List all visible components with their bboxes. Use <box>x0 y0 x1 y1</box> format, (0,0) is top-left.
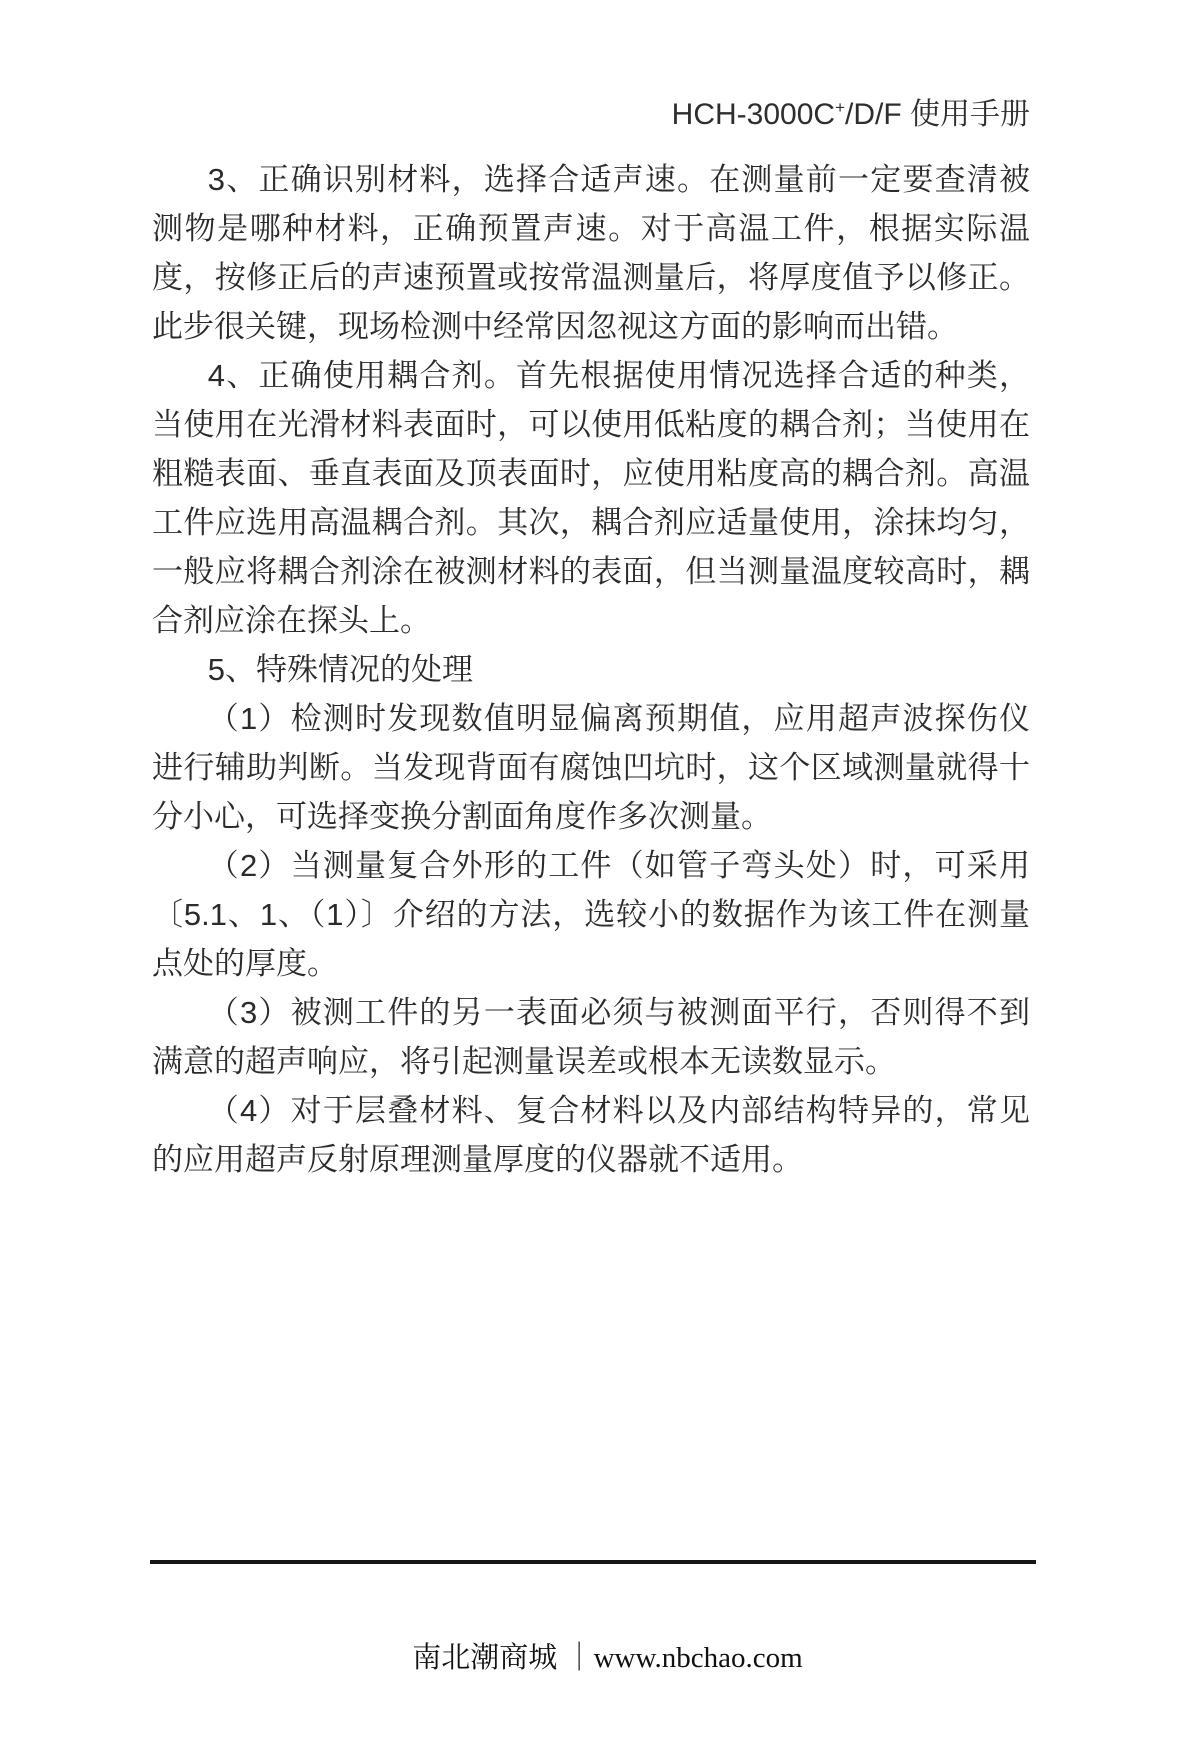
manual-page: HCH-3000C+/D/F 使用手册 3、正确识别材料，选择合适声速。在测量前… <box>0 0 1200 1739</box>
page-footer: 南北潮商城 ｜www.nbchao.com <box>150 1592 1036 1724</box>
page-header: HCH-3000C+/D/F 使用手册 <box>152 95 1030 135</box>
document-body: 3、正确识别材料，选择合适声速。在测量前一定要查清被测物是哪种材料，正确预置声速… <box>152 155 1030 1184</box>
manual-title-model: HCH-3000C <box>672 98 835 131</box>
footer-divider-line <box>150 1560 1036 1564</box>
manual-title-superscript: + <box>835 95 845 121</box>
paragraph-special-case-2: （2）当测量复合外形的工件（如管子弯头处）时，可采用〔5.1、1、（1）〕介绍的… <box>152 841 1030 988</box>
section-heading-5: 5、特殊情况的处理 <box>152 645 1030 694</box>
paragraph-special-case-3: （3）被测工件的另一表面必须与被测面平行，否则得不到满意的超声响应，将引起测量误… <box>152 988 1030 1086</box>
paragraph-special-case-4: （4）对于层叠材料、复合材料以及内部结构特异的，常见的应用超声反射原理测量厚度的… <box>152 1086 1030 1184</box>
paragraph-tip-4: 4、正确使用耦合剂。首先根据使用情况选择合适的种类，当使用在光滑材料表面时，可以… <box>152 351 1030 645</box>
footer-site-url: www.nbchao.com <box>594 1642 803 1674</box>
footer-separator: ｜ <box>557 1642 593 1674</box>
paragraph-tip-3: 3、正确识别材料，选择合适声速。在测量前一定要查清被测物是哪种材料，正确预置声速… <box>152 155 1030 351</box>
footer-site-name: 南北潮商城 <box>412 1642 557 1674</box>
manual-title-suffix: /D/F 使用手册 <box>845 98 1030 131</box>
paragraph-special-case-1: （1）检测时发现数值明显偏离预期值，应用超声波探伤仪进行辅助判断。当发现背面有腐… <box>152 694 1030 841</box>
